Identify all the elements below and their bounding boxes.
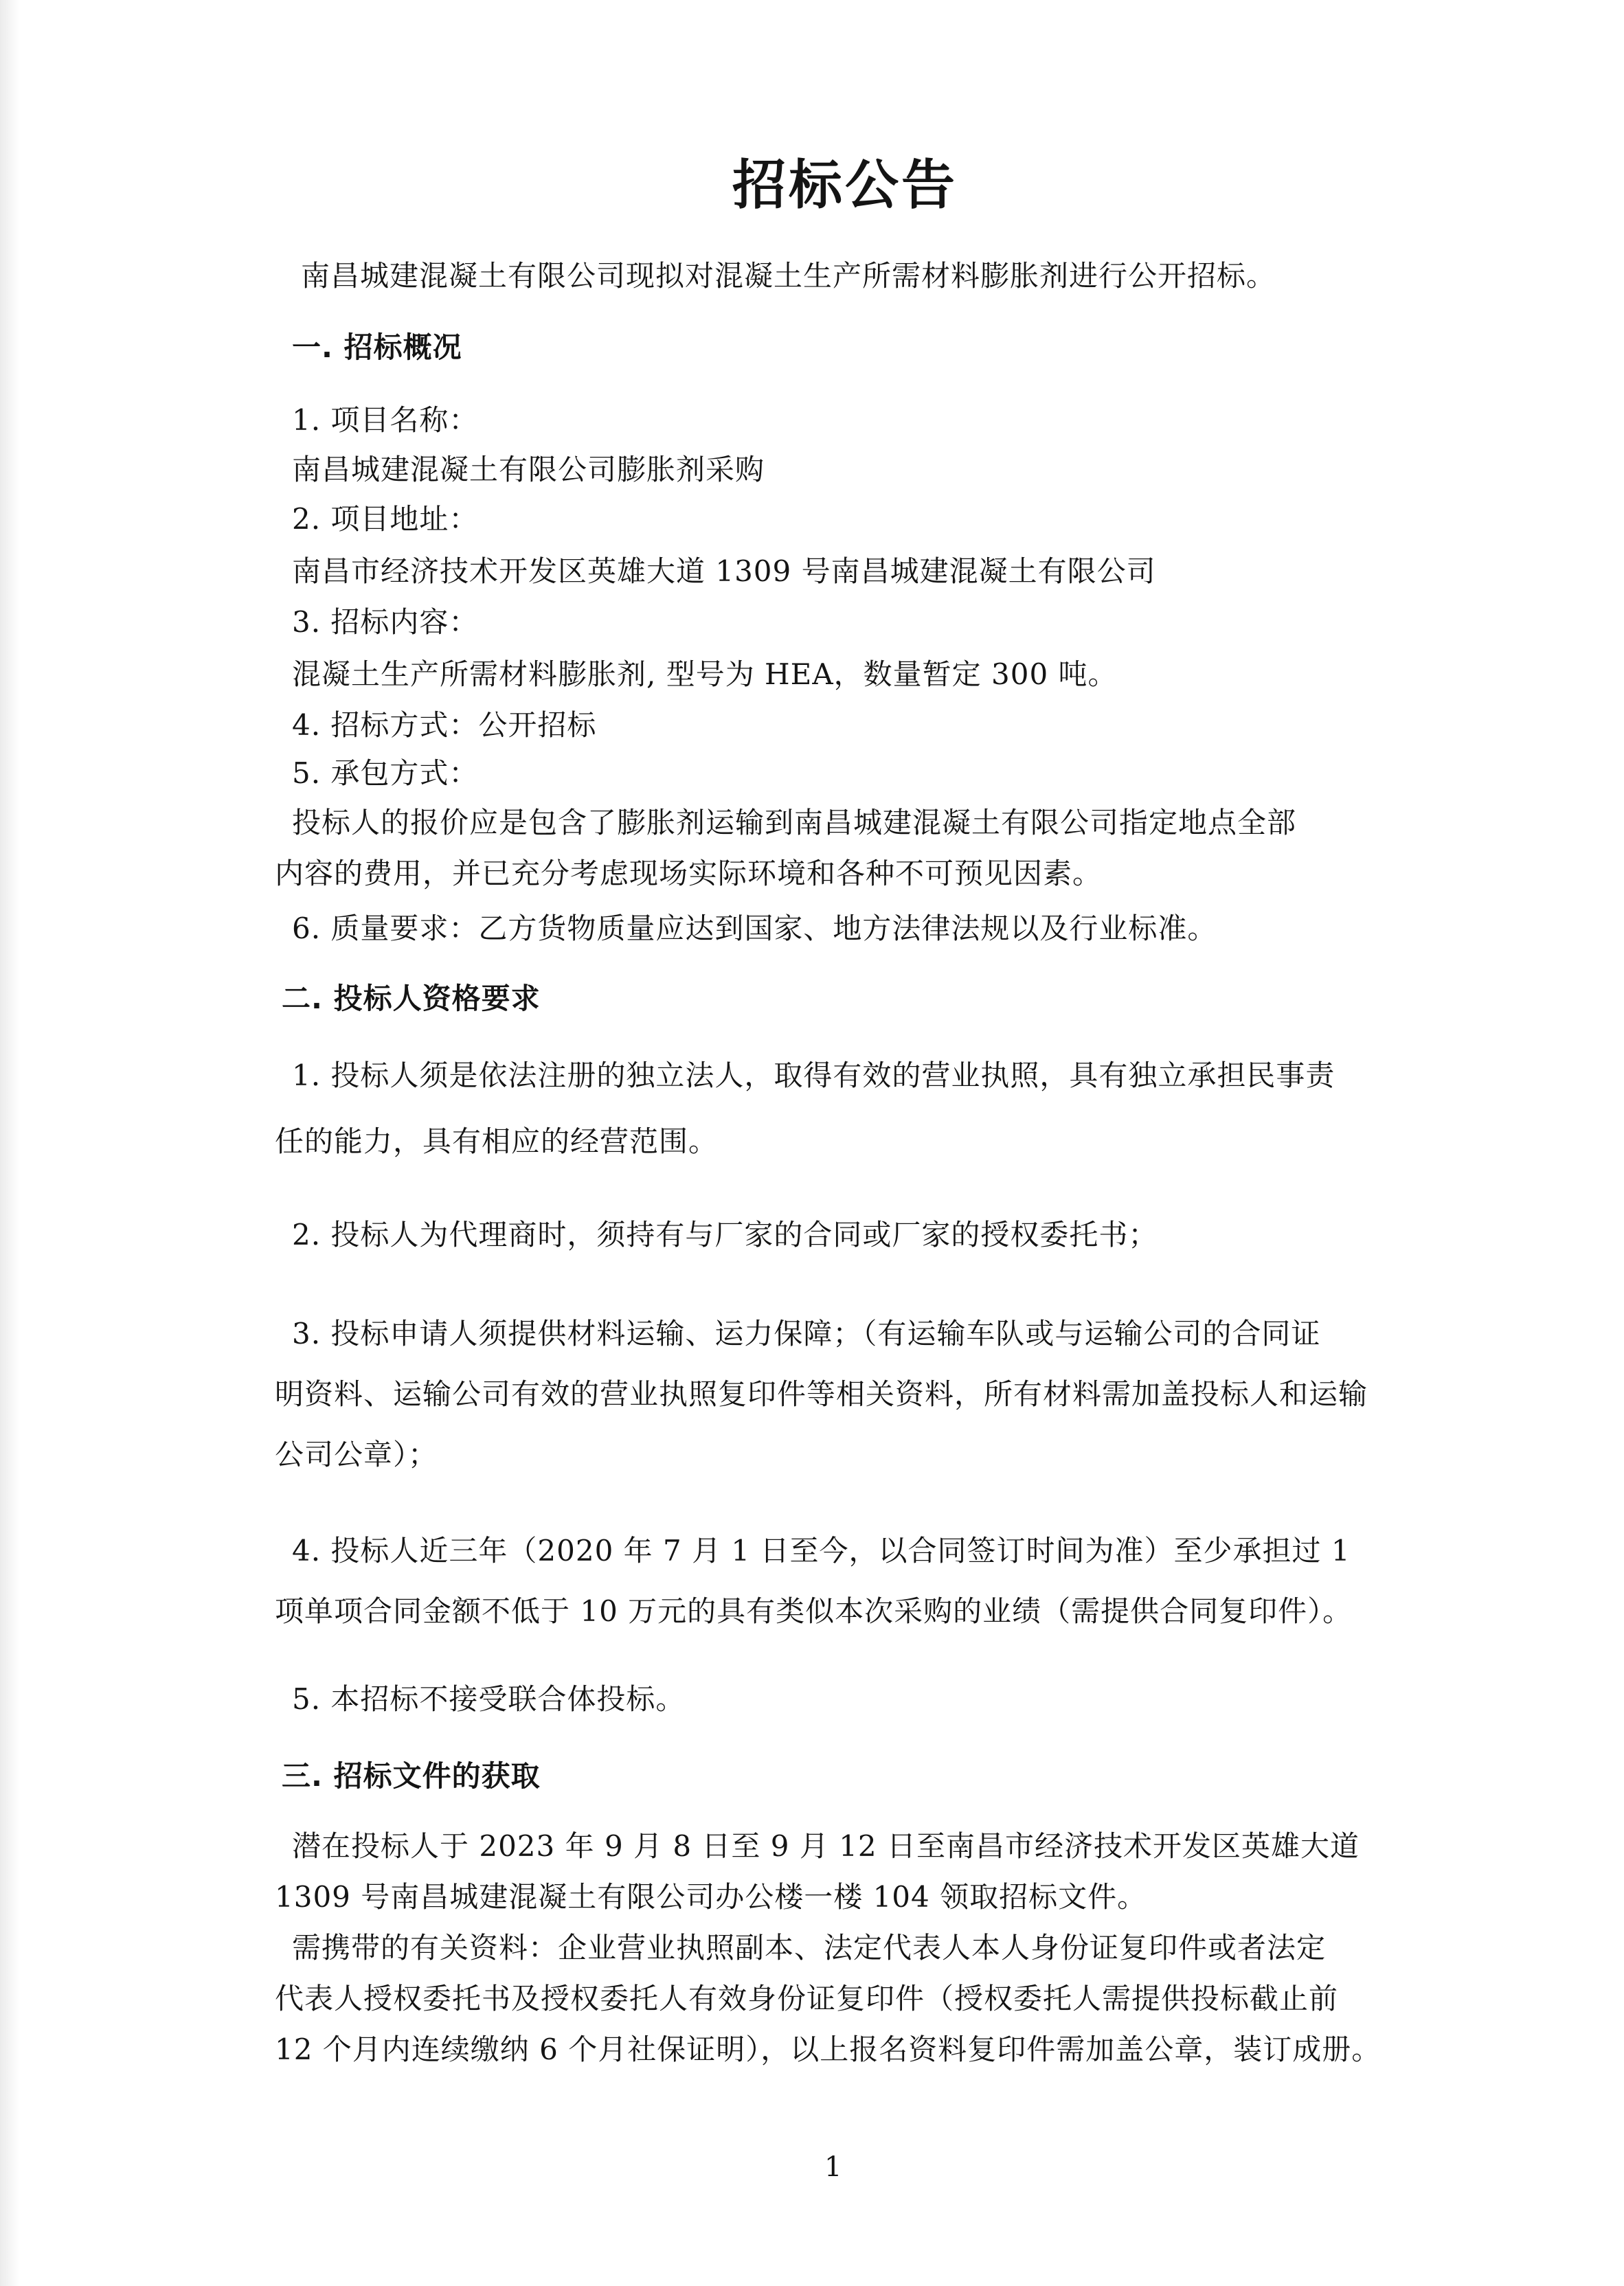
item-contract-method-text-2: 内容的费用，并已充分考虑现场实际环境和各种不可预见因素。 (275, 856, 1102, 892)
section-heading-document-acquisition: 三. 招标文件的获取 (282, 1758, 541, 1794)
required-materials-line-1: 需携带的有关资料：企业营业执照副本、法定代表人本人身份证复印件或者法定 (292, 1930, 1326, 1966)
item-project-address-value: 南昌市经济技术开发区英雄大道 1309 号南昌城建混凝土有限公司 (292, 554, 1156, 589)
page-number: 1 (824, 2150, 842, 2184)
item-tender-content-value: 混凝土生产所需材料膨胀剂, 型号为 HEA，数量暂定 300 吨。 (292, 657, 1118, 692)
item-project-address-label: 2. 项目地址： (292, 501, 478, 537)
document-title: 招标公告 (33, 151, 1624, 220)
item-contract-method-text-1: 投标人的报价应是包含了膨胀剂运输到南昌城建混凝土有限公司指定地点全部 (292, 805, 1296, 841)
item-project-name-value: 南昌城建混凝土有限公司膨胀剂采购 (292, 452, 765, 488)
item-tender-method: 4. 招标方式：公开招标 (292, 708, 596, 743)
section-heading-qualifications: 二. 投标人资格要求 (282, 981, 541, 1017)
qualification-4-line-2: 项单项合同金额不低于 10 万元的具有类似本次采购的业绩（需提供合同复印件）。 (275, 1594, 1352, 1629)
intro-paragraph: 南昌城建混凝土有限公司现拟对混凝土生产所需材料膨胀剂进行公开招标。 (301, 258, 1276, 294)
qualification-3-line-2: 明资料、运输公司有效的营业执照复印件等相关资料，所有材料需加盖投标人和运输 (275, 1377, 1368, 1412)
qualification-3-line-1: 3. 投标申请人须提供材料运输、运力保障；（有运输车队或与运输公司的合同证 (292, 1316, 1320, 1352)
qualification-1-line-1: 1. 投标人须是依法注册的独立法人，取得有效的营业执照，具有独立承担民事责 (292, 1058, 1335, 1094)
qualification-2: 2. 投标人为代理商时，须持有与厂家的合同或厂家的授权委托书； (292, 1217, 1158, 1253)
item-tender-content-label: 3. 招标内容： (292, 604, 478, 640)
qualification-3-line-3: 公司公章）； (275, 1437, 438, 1473)
section-heading-overview: 一. 招标概况 (292, 330, 462, 365)
item-quality-requirement: 6. 质量要求：乙方货物质量应达到国家、地方法律法规以及行业标准。 (292, 911, 1217, 947)
acquisition-line-1: 潜在投标人于 2023 年 9 月 8 日至 9 月 12 日至南昌市经济技术开… (292, 1829, 1360, 1864)
required-materials-line-3: 12 个月内连续缴纳 6 个月社保证明），以上报名资料复印件需加盖公章，装订成册… (275, 2032, 1381, 2068)
qualification-1-line-2: 任的能力，具有相应的经营范围。 (275, 1124, 718, 1159)
document-page: 招标公告 南昌城建混凝土有限公司现拟对混凝土生产所需材料膨胀剂进行公开招标。 一… (0, 0, 1624, 2286)
item-project-name-label: 1. 项目名称： (292, 403, 478, 438)
acquisition-line-2: 1309 号南昌城建混凝土有限公司办公楼一楼 104 领取招标文件。 (275, 1879, 1147, 1915)
required-materials-line-2: 代表人授权委托书及授权委托人有效身份证复印件（授权委托人需提供投标截止前 (275, 1981, 1338, 2017)
qualification-4-line-1: 4. 投标人近三年（2020 年 7 月 1 日至今，以合同签订时间为准）至少承… (292, 1533, 1351, 1569)
qualification-5: 5. 本招标不接受联合体投标。 (292, 1682, 685, 1717)
item-contract-method-label: 5. 承包方式： (292, 756, 478, 791)
